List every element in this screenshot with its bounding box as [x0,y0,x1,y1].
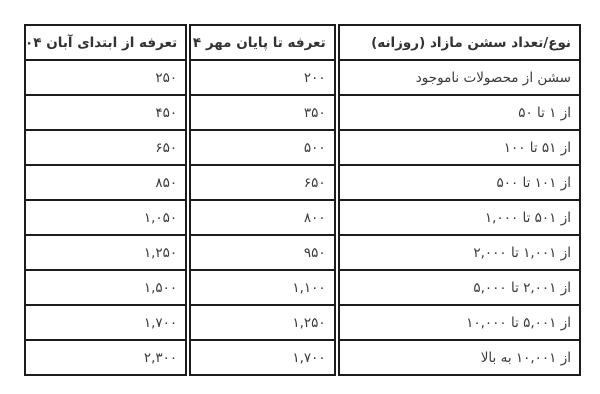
table-cell-session-range: از ۱۰,۰۰۱ به بالا [338,339,581,376]
table-row: سشن از محصولات ناموجود ۲۰۰ ۲۵۰ [24,59,581,94]
column-header-tariff-until-mehr-1404: تعرفه تا پایان مهر ۱۴۰۴ [189,24,336,59]
table-row: از ۵۰۱ تا ۱,۰۰۰ ۸۰۰ ۱,۰۵۰ [24,199,581,234]
column-header-session-type: نوع/تعداد سشن مازاد (روزانه) [338,24,581,59]
table-row: از ۲,۰۰۱ تا ۵,۰۰۰ ۱,۱۰۰ ۱,۵۰۰ [24,269,581,304]
table-cell-tariff-aban: ۶۵۰ [24,129,187,164]
table-cell-tariff-aban: ۱,۰۵۰ [24,199,187,234]
table-cell-session-range: سشن از محصولات ناموجود [338,59,581,94]
table-row: از ۱ تا ۵۰ ۳۵۰ ۴۵۰ [24,94,581,129]
tariff-table: نوع/تعداد سشن مازاد (روزانه) تعرفه تا پا… [22,24,583,376]
table-cell-session-range: از ۱ تا ۵۰ [338,94,581,129]
header-row: نوع/تعداد سشن مازاد (روزانه) تعرفه تا پا… [24,24,581,59]
table-cell-session-range: از ۲,۰۰۱ تا ۵,۰۰۰ [338,269,581,304]
page: نوع/تعداد سشن مازاد (روزانه) تعرفه تا پا… [0,0,600,394]
table-cell-tariff-mehr: ۵۰۰ [189,129,336,164]
table-row: از ۱۰۱ تا ۵۰۰ ۶۵۰ ۸۵۰ [24,164,581,199]
table-cell-tariff-mehr: ۲۰۰ [189,59,336,94]
table-cell-tariff-mehr: ۳۵۰ [189,94,336,129]
column-header-tariff-from-aban-1404: تعرفه از ابتدای آبان ۱۴۰۴ [24,24,187,59]
table-cell-session-range: از ۵,۰۰۱ تا ۱۰,۰۰۰ [338,304,581,339]
table-cell-tariff-aban: ۴۵۰ [24,94,187,129]
table-row: از ۱۰,۰۰۱ به بالا ۱,۷۰۰ ۲,۳۰۰ [24,339,581,376]
table-cell-tariff-aban: ۲,۳۰۰ [24,339,187,376]
table-cell-tariff-mehr: ۹۵۰ [189,234,336,269]
table-cell-tariff-aban: ۸۵۰ [24,164,187,199]
table-cell-session-range: از ۱۰۱ تا ۵۰۰ [338,164,581,199]
table-cell-tariff-mehr: ۶۵۰ [189,164,336,199]
table-cell-tariff-mehr: ۱,۱۰۰ [189,269,336,304]
table-cell-tariff-mehr: ۱,۷۰۰ [189,339,336,376]
table-cell-tariff-mehr: ۱,۲۵۰ [189,304,336,339]
table-cell-session-range: از ۱,۰۰۱ تا ۲,۰۰۰ [338,234,581,269]
table-cell-session-range: از ۵۱ تا ۱۰۰ [338,129,581,164]
table-cell-tariff-aban: ۱,۷۰۰ [24,304,187,339]
table-row: از ۵۱ تا ۱۰۰ ۵۰۰ ۶۵۰ [24,129,581,164]
table-cell-tariff-mehr: ۸۰۰ [189,199,336,234]
table-cell-session-range: از ۵۰۱ تا ۱,۰۰۰ [338,199,581,234]
table-cell-tariff-aban: ۲۵۰ [24,59,187,94]
table-cell-tariff-aban: ۱,۲۵۰ [24,234,187,269]
table-row: از ۵,۰۰۱ تا ۱۰,۰۰۰ ۱,۲۵۰ ۱,۷۰۰ [24,304,581,339]
table-cell-tariff-aban: ۱,۵۰۰ [24,269,187,304]
table-row: از ۱,۰۰۱ تا ۲,۰۰۰ ۹۵۰ ۱,۲۵۰ [24,234,581,269]
